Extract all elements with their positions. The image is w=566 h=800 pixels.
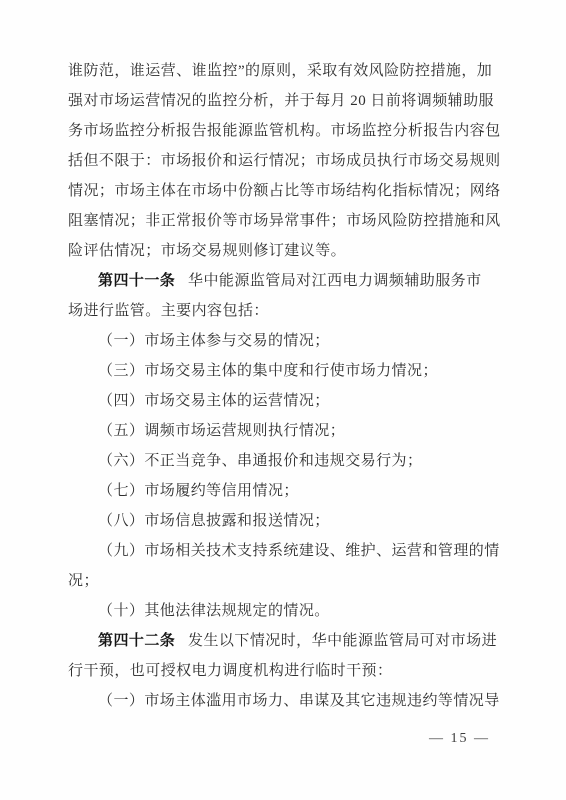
line-text: 强对市场运营情况的监控分析，并于每月 20 日前将调频辅助服: [68, 93, 494, 109]
text-line: 第四十二条发生以下情况时，华中能源监管局可对市场进: [68, 626, 504, 656]
article-number: 第四十一条: [98, 273, 175, 289]
text-line: 务市场监控分析报告报能源监管机构。市场监控分析报告内容包: [68, 116, 504, 146]
body-text: 谁防范，谁运营、谁监控”的原则，采取有效风险防控措施，加强对市场运营情况的监控分…: [68, 56, 504, 716]
text-line: 括但不限于：市场报价和运行情况；市场成员执行市场交易规则: [68, 146, 504, 176]
line-text: 务市场监控分析报告报能源监管机构。市场监控分析报告内容包: [68, 123, 501, 139]
line-text: （五）调频市场运营规则执行情况；: [98, 423, 345, 439]
line-text: （一）市场主体滥用市场力、串谋及其它违规违约等情况导: [98, 693, 500, 709]
line-text: 行干预，也可授权电力调度机构进行临时干预：: [68, 663, 392, 679]
line-text: （七）市场履约等信用情况；: [98, 483, 299, 499]
page-number: — 15 —: [0, 731, 490, 747]
line-text: 发生以下情况时，华中能源监管局可对市场进: [188, 633, 497, 649]
line-text: （一）市场主体参与交易的情况；: [98, 333, 330, 349]
text-line: 情况；市场主体在市场中份额占比等市场结构化指标情况；网络: [68, 176, 504, 206]
text-line: （十）其他法律法规规定的情况。: [68, 596, 504, 626]
text-line: 谁防范，谁运营、谁监控”的原则，采取有效风险防控措施，加: [68, 56, 504, 86]
text-line: 行干预，也可授权电力调度机构进行临时干预：: [68, 656, 504, 686]
line-text: （八）市场信息披露和报送情况；: [98, 513, 330, 529]
article-number: 第四十二条: [98, 633, 175, 649]
line-text: （六）不正当竞争、串通报价和违规交易行为；: [98, 453, 422, 469]
line-text: 华中能源监管局对江西电力调频辅助服务市: [188, 273, 482, 289]
line-text: （四）市场交易主体的运营情况；: [98, 393, 330, 409]
text-line: （七）市场履约等信用情况；: [68, 476, 504, 506]
text-line: （八）市场信息披露和报送情况；: [68, 506, 504, 536]
text-line: （四）市场交易主体的运营情况；: [68, 386, 504, 416]
text-line: （三）市场交易主体的集中度和行使市场力情况；: [68, 356, 504, 386]
text-line: 况；: [68, 566, 504, 596]
text-line: （五）调频市场运营规则执行情况；: [68, 416, 504, 446]
line-text: （十）其他法律法规规定的情况。: [98, 603, 330, 619]
text-line: 第四十一条华中能源监管局对江西电力调频辅助服务市: [68, 266, 504, 296]
line-text: 况；: [68, 573, 99, 589]
line-text: 括但不限于：市场报价和运行情况；市场成员执行市场交易规则: [68, 153, 501, 169]
text-line: 场进行监管。主要内容包括：: [68, 296, 504, 326]
line-text: （三）市场交易主体的集中度和行使市场力情况；: [98, 363, 438, 379]
text-line: （一）市场主体参与交易的情况；: [68, 326, 504, 356]
line-text: （九）市场相关技术支持系统建设、维护、运营和管理的情: [98, 543, 500, 559]
text-line: 险评估情况；市场交易规则修订建议等。: [68, 236, 504, 266]
line-text: 情况；市场主体在市场中份额占比等市场结构化指标情况；网络: [68, 183, 501, 199]
text-line: （九）市场相关技术支持系统建设、维护、运营和管理的情: [68, 536, 504, 566]
line-text: 谁防范，谁运营、谁监控”的原则，采取有效风险防控措施，加: [68, 63, 492, 79]
text-line: （六）不正当竞争、串通报价和违规交易行为；: [68, 446, 504, 476]
text-line: 强对市场运营情况的监控分析，并于每月 20 日前将调频辅助服: [68, 86, 504, 116]
line-text: 险评估情况；市场交易规则修订建议等。: [68, 243, 346, 259]
document-page: 谁防范，谁运营、谁监控”的原则，采取有效风险防控措施，加强对市场运营情况的监控分…: [0, 0, 566, 800]
line-text: 场进行监管。主要内容包括：: [68, 303, 269, 319]
text-line: （一）市场主体滥用市场力、串谋及其它违规违约等情况导: [68, 686, 504, 716]
line-text: 阻塞情况；非正常报价等市场异常事件；市场风险防控措施和风: [68, 213, 501, 229]
text-line: 阻塞情况；非正常报价等市场异常事件；市场风险防控措施和风: [68, 206, 504, 236]
